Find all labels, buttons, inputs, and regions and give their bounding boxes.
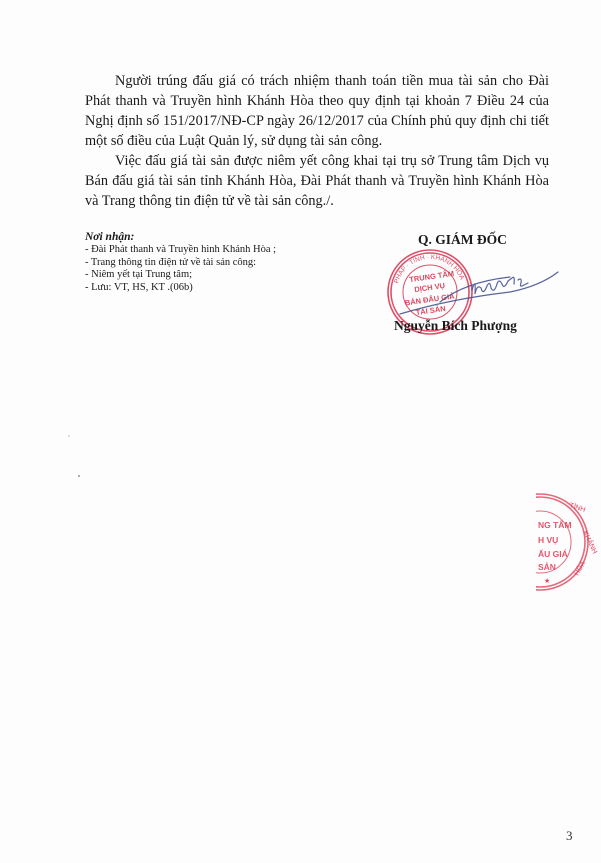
scan-speck <box>78 475 80 477</box>
svg-text:H VỤ: H VỤ <box>538 535 558 545</box>
recipients-block: Nơi nhận: - Đài Phát thanh và Truyền hìn… <box>85 230 325 294</box>
partial-stamp: TÌNH KHÁNH HÒA ★ NG TÂM H VỤ ẤU GIÁ SẢN <box>490 490 601 600</box>
svg-text:HÒA: HÒA <box>572 559 588 577</box>
signature-block: PHÁP · TỈNH · KHÁNH HÒA TRUNG TÂM DỊCH V… <box>380 232 560 342</box>
svg-text:SẢN: SẢN <box>538 561 556 572</box>
body-text: Người trúng đấu giá có trách nhiệm thanh… <box>85 71 549 211</box>
payment-paragraph: Người trúng đấu giá có trách nhiệm thanh… <box>85 71 549 151</box>
recipients-list: - Đài Phát thanh và Truyền hình Khánh Hò… <box>85 244 325 294</box>
recipient-item: - Lưu: VT, HS, KT .(06b) <box>85 282 325 295</box>
svg-text:★: ★ <box>544 577 550 585</box>
svg-text:ẤU GIÁ: ẤU GIÁ <box>538 549 568 559</box>
svg-text:NG TÂM: NG TÂM <box>538 519 572 530</box>
signer-name: Nguyễn Bích Phượng <box>394 318 517 334</box>
posting-paragraph: Việc đấu giá tài sản được niêm yết công … <box>85 151 549 211</box>
recipient-item: - Niêm yết tại Trung tâm; <box>85 269 325 282</box>
recipient-item: - Đài Phát thanh và Truyền hình Khánh Hò… <box>85 244 325 257</box>
scan-speck <box>68 435 70 437</box>
document-page: Người trúng đấu giá có trách nhiệm thanh… <box>0 0 601 863</box>
recipient-item: - Trang thông tin điện tử về tài sản côn… <box>85 257 325 270</box>
partial-seal-icon: TÌNH KHÁNH HÒA ★ NG TÂM H VỤ ẤU GIÁ SẢN <box>536 490 600 600</box>
page-number: 3 <box>566 828 573 844</box>
recipients-label: Nơi nhận: <box>85 230 325 244</box>
